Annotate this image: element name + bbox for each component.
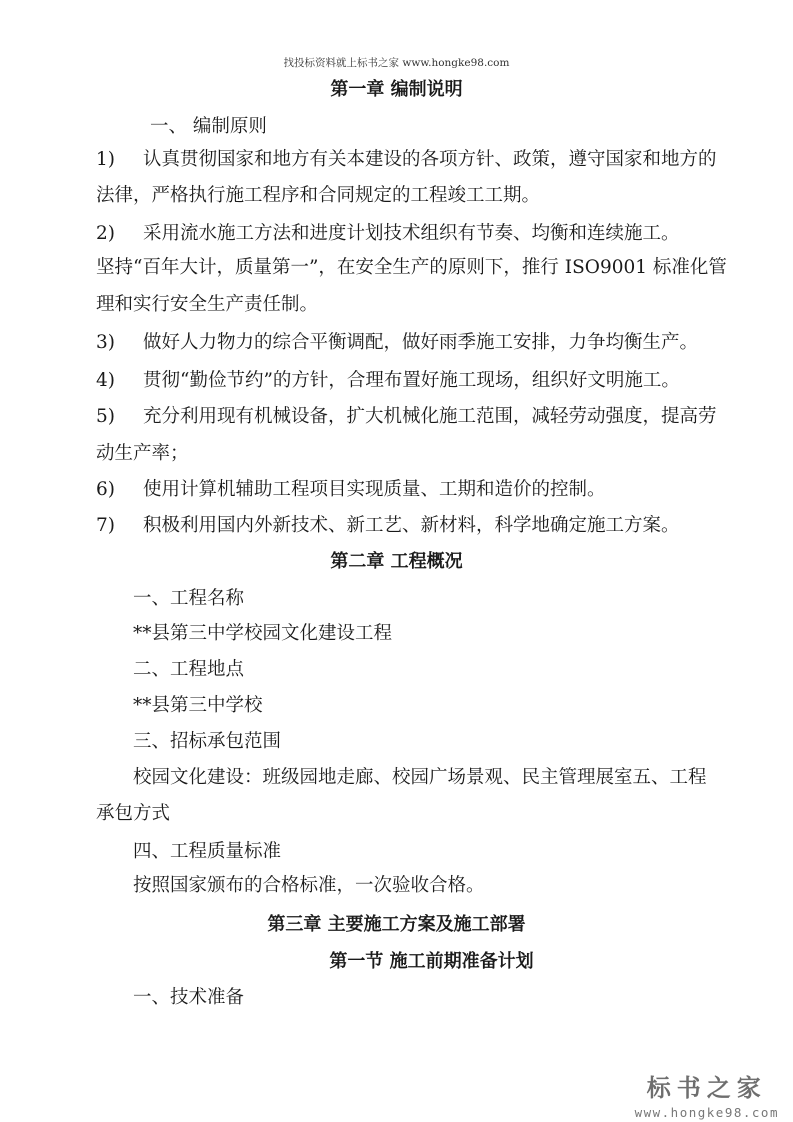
section-heading: 一、工程名称	[133, 587, 244, 611]
item-number: 6)	[96, 478, 115, 502]
item-text: 认真贯彻国家和地方有关本建设的各项方针、政策，遵守国家和地方的	[143, 148, 717, 172]
section-heading: 三、招标承包范围	[133, 730, 281, 754]
section-title: 第一节 施工前期准备计划	[0, 950, 793, 974]
item-text: 贯彻“勤俭节约”的方针，合理布置好施工现场，组织好文明施工。	[143, 369, 680, 393]
paragraph-continued: 承包方式	[96, 802, 170, 826]
item-number: 5)	[96, 405, 115, 429]
chapter2-title: 第二章 工程概况	[0, 550, 793, 574]
paragraph: 按照国家颁布的合格标准，一次验收合格。	[133, 874, 485, 898]
watermark-url: www.hongke98.com	[635, 1105, 779, 1120]
item-number: 7)	[96, 514, 115, 538]
item-text: 采用流水施工方法和进度计划技术组织有节奏、均衡和连续施工。	[143, 222, 680, 246]
header-note: 找投标资料就上标书之家 www.hongke98.com	[0, 55, 793, 70]
item-number: 2)	[96, 222, 115, 246]
watermark-title: 标书之家	[635, 1068, 779, 1103]
item-number: 4)	[96, 369, 115, 393]
section-heading: 四、工程质量标准	[133, 840, 281, 864]
item-text-continued: 动生产率；	[96, 442, 189, 466]
watermark-logo: 标书之家 www.hongke98.com	[635, 1068, 779, 1120]
section-heading: 二、工程地点	[133, 658, 244, 682]
item-number: 3)	[96, 331, 115, 355]
item-text: 使用计算机辅助工程项目实现质量、工期和造价的控制。	[143, 478, 606, 502]
item-text: 做好人力物力的综合平衡调配，做好雨季施工安排，力争均衡生产。	[143, 331, 698, 355]
chapter1-title: 第一章 编制说明	[0, 78, 793, 102]
item-text-continued: 法律，严格执行施工程序和合同规定的工程竣工工期。	[96, 184, 540, 208]
item-text: 积极利用国内外新技术、新工艺、新材料，科学地确定施工方案。	[143, 514, 680, 538]
chapter1-section-heading: 一、 编制原则	[150, 115, 267, 139]
item-text: 充分利用现有机械设备，扩大机械化施工范围，减轻劳动强度，提高劳	[143, 405, 717, 429]
paragraph: 校园文化建设：班级园地走廊、校园广场景观、民主管理展室五、工程	[133, 766, 707, 790]
chapter3-title: 第三章 主要施工方案及施工部署	[0, 913, 793, 937]
paragraph: **县第三中学校	[133, 694, 263, 718]
item-text-continued: 理和实行安全生产责任制。	[96, 293, 318, 317]
item-number: 1)	[96, 148, 115, 172]
paragraph: **县第三中学校园文化建设工程	[133, 622, 392, 646]
item-text-continued: 坚持“百年大计，质量第一”，在安全生产的原则下，推行 ISO9001 标准化管	[96, 256, 727, 280]
section-heading: 一、技术准备	[133, 986, 244, 1010]
